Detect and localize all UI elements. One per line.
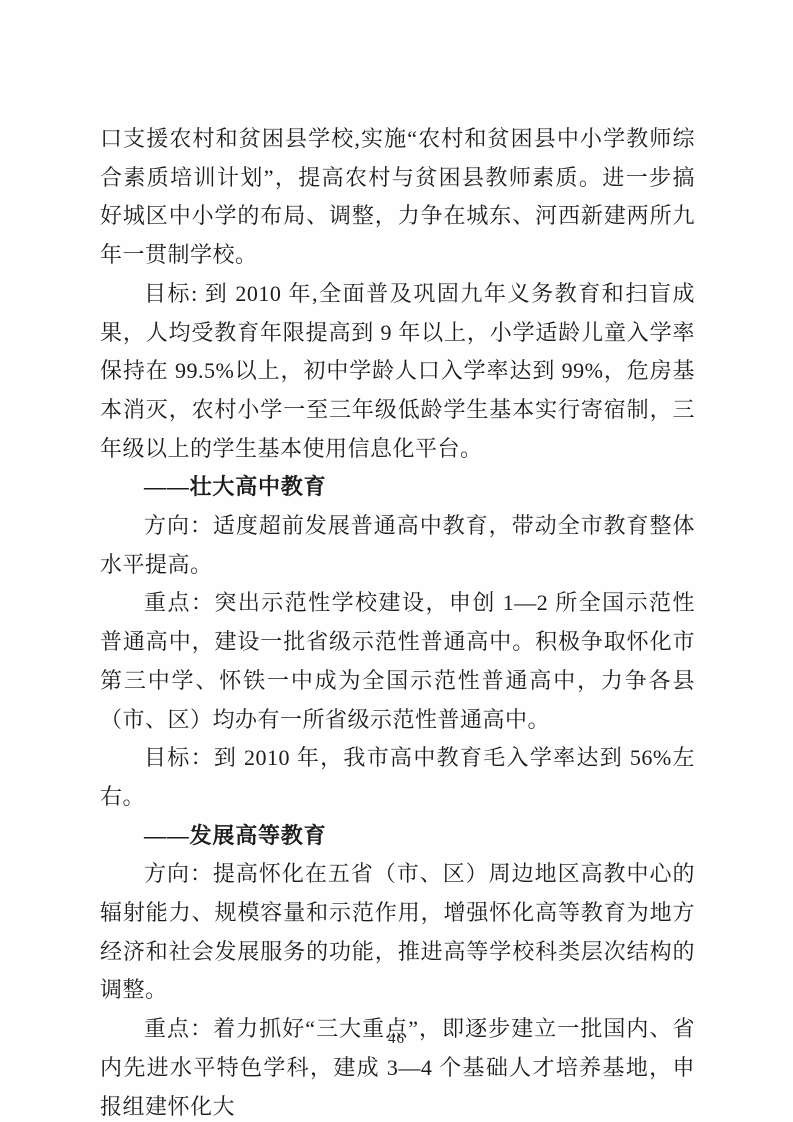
paragraph-high-school-direction: 方向：适度超前发展普通高中教育，带动全市教育整体水平提高。 (100, 507, 695, 584)
paragraph-compulsory-education-goal: 目标: 到 2010 年,全面普及巩固九年义务教育和扫盲成果，人均受教育年限提高… (100, 275, 695, 469)
section-heading-higher-education: ——发展高等教育 (100, 817, 695, 856)
paragraph-higher-education-direction: 方向：提高怀化在五省（市、区）周边地区高教中心的辐射能力、规模容量和示范作用，增… (100, 855, 695, 1010)
paragraph-high-school-key-points: 重点：突出示范性学校建设，申创 1—2 所全国示范性普通高中，建设一批省级示范性… (100, 584, 695, 739)
document-body: 口支援农村和贫困县学校,实施“农村和贫困县中小学教师综合素质培训计划”，提高农村… (100, 120, 695, 1122)
page-footer: 46 (0, 1030, 793, 1048)
section-heading-high-school-education: ——壮大高中教育 (100, 468, 695, 507)
document-page: 口支援农村和贫困县学校,实施“农村和贫困县中小学教师综合素质培训计划”，提高农村… (0, 0, 793, 1122)
page-number: 46 (388, 1031, 405, 1047)
paragraph-higher-education-key-points: 重点：着力抓好“三大重点”，即逐步建立一批国内、省内先进水平特色学科，建成 3—… (100, 1010, 695, 1122)
paragraph-high-school-goal: 目标：到 2010 年，我市高中教育毛入学率达到 56%左右。 (100, 739, 695, 816)
paragraph-support-rural-schools: 口支援农村和贫困县学校,实施“农村和贫困县中小学教师综合素质培训计划”，提高农村… (100, 120, 695, 275)
